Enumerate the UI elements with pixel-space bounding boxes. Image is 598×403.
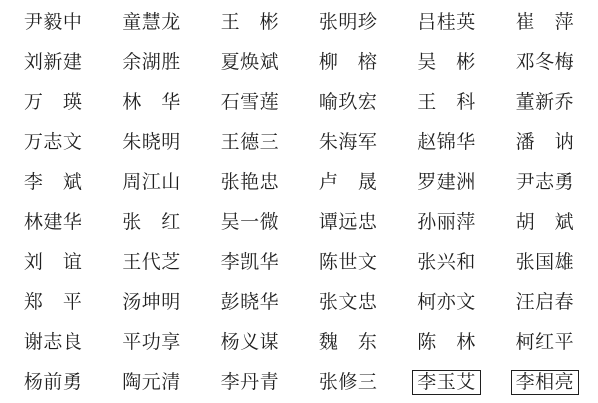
name-cell: 周江山 <box>102 171 200 194</box>
name-cell: 尹毅中 <box>4 11 102 34</box>
name-text: 林建华 <box>22 211 85 234</box>
name-cell: 王 科 <box>397 91 495 114</box>
name-text: 刘新建 <box>22 51 85 74</box>
name-text: 刘 谊 <box>22 251 85 274</box>
name-text: 吴一微 <box>219 211 282 234</box>
name-cell: 夏焕斌 <box>201 51 299 74</box>
name-cell: 尹志勇 <box>496 171 594 194</box>
name-text: 万志文 <box>22 131 85 154</box>
name-text: 吕桂英 <box>415 11 478 34</box>
name-cell: 杨前勇 <box>4 371 102 394</box>
name-cell: 林建华 <box>4 211 102 234</box>
name-text: 王 彬 <box>219 11 282 34</box>
name-text: 赵锦华 <box>415 131 478 154</box>
name-text: 朱海军 <box>317 131 380 154</box>
name-text: 郑 平 <box>22 291 85 314</box>
name-text: 杨义谋 <box>219 331 282 354</box>
name-cell: 邓冬梅 <box>496 51 594 74</box>
name-cell: 谭远忠 <box>299 211 397 234</box>
name-text: 吴 彬 <box>415 51 478 74</box>
name-text: 平功享 <box>120 331 183 354</box>
name-text: 李 斌 <box>22 171 85 194</box>
name-text: 董新乔 <box>514 91 577 114</box>
name-grid: 尹毅中童慧龙王 彬张明珍吕桂英崔 萍刘新建余湖胜夏焕斌柳 榕吴 彬邓冬梅万 瑛林… <box>0 0 598 403</box>
name-text: 张国雄 <box>514 251 577 274</box>
name-cell: 陶元清 <box>102 371 200 394</box>
name-text: 柯亦文 <box>415 291 478 314</box>
name-cell: 谢志良 <box>4 331 102 354</box>
name-cell: 朱海军 <box>299 131 397 154</box>
name-roster-page: 尹毅中童慧龙王 彬张明珍吕桂英崔 萍刘新建余湖胜夏焕斌柳 榕吴 彬邓冬梅万 瑛林… <box>0 0 598 403</box>
name-text: 卢 晟 <box>317 171 380 194</box>
name-text: 张明珍 <box>317 11 380 34</box>
name-cell: 张国雄 <box>496 251 594 274</box>
name-text: 潘 讷 <box>514 131 577 154</box>
name-cell: 卢 晟 <box>299 171 397 194</box>
name-text: 邓冬梅 <box>514 51 577 74</box>
name-text: 石雪莲 <box>219 91 282 114</box>
name-text: 张文忠 <box>317 291 380 314</box>
name-cell: 柳 榕 <box>299 51 397 74</box>
name-text: 崔 萍 <box>514 11 577 34</box>
name-cell: 朱晓明 <box>102 131 200 154</box>
name-text: 柯红平 <box>514 331 577 354</box>
name-cell: 陈世文 <box>299 251 397 274</box>
name-text: 胡 斌 <box>514 211 577 234</box>
name-text: 余湖胜 <box>120 51 183 74</box>
name-cell: 柯红平 <box>496 331 594 354</box>
name-cell: 刘新建 <box>4 51 102 74</box>
name-cell: 彭晓华 <box>201 291 299 314</box>
name-cell: 吴一微 <box>201 211 299 234</box>
name-cell: 胡 斌 <box>496 211 594 234</box>
name-cell: 王代芝 <box>102 251 200 274</box>
name-cell: 汤坤明 <box>102 291 200 314</box>
name-text: 尹毅中 <box>22 11 85 34</box>
name-cell: 李相亮 <box>496 370 594 395</box>
boxed-name-text: 李玉艾 <box>412 370 481 395</box>
name-text: 柳 榕 <box>317 51 380 74</box>
name-cell: 李丹青 <box>201 371 299 394</box>
name-cell: 喻玖宏 <box>299 91 397 114</box>
name-text: 周江山 <box>120 171 183 194</box>
name-text: 林 华 <box>120 91 183 114</box>
name-cell: 张文忠 <box>299 291 397 314</box>
name-cell: 李玉艾 <box>397 370 495 395</box>
name-cell: 林 华 <box>102 91 200 114</box>
name-text: 汤坤明 <box>120 291 183 314</box>
name-text: 张修三 <box>317 371 380 394</box>
name-cell: 平功享 <box>102 331 200 354</box>
name-text: 陶元清 <box>120 371 183 394</box>
name-text: 陈世文 <box>317 251 380 274</box>
name-cell: 刘 谊 <box>4 251 102 274</box>
name-text: 罗建洲 <box>415 171 478 194</box>
name-cell: 余湖胜 <box>102 51 200 74</box>
name-cell: 孙丽萍 <box>397 211 495 234</box>
name-cell: 童慧龙 <box>102 11 200 34</box>
name-cell: 张 红 <box>102 211 200 234</box>
name-cell: 陈 林 <box>397 331 495 354</box>
name-text: 陈 林 <box>415 331 478 354</box>
name-text: 李凯华 <box>219 251 282 274</box>
name-text: 王 科 <box>415 91 478 114</box>
name-cell: 郑 平 <box>4 291 102 314</box>
name-cell: 石雪莲 <box>201 91 299 114</box>
name-cell: 万 瑛 <box>4 91 102 114</box>
name-text: 王德三 <box>219 131 282 154</box>
name-cell: 崔 萍 <box>496 11 594 34</box>
name-cell: 张明珍 <box>299 11 397 34</box>
name-text: 张兴和 <box>415 251 478 274</box>
name-cell: 万志文 <box>4 131 102 154</box>
name-text: 喻玖宏 <box>317 91 380 114</box>
name-cell: 李凯华 <box>201 251 299 274</box>
name-cell: 杨义谋 <box>201 331 299 354</box>
name-cell: 魏 东 <box>299 331 397 354</box>
name-cell: 张兴和 <box>397 251 495 274</box>
name-cell: 潘 讷 <box>496 131 594 154</box>
name-cell: 吴 彬 <box>397 51 495 74</box>
name-cell: 王德三 <box>201 131 299 154</box>
name-cell: 张艳忠 <box>201 171 299 194</box>
name-text: 彭晓华 <box>219 291 282 314</box>
name-text: 魏 东 <box>317 331 380 354</box>
name-text: 孙丽萍 <box>415 211 478 234</box>
name-cell: 吕桂英 <box>397 11 495 34</box>
name-text: 张艳忠 <box>219 171 282 194</box>
name-text: 杨前勇 <box>22 371 85 394</box>
name-cell: 汪启春 <box>496 291 594 314</box>
name-cell: 赵锦华 <box>397 131 495 154</box>
name-text: 李丹青 <box>219 371 282 394</box>
name-text: 汪启春 <box>514 291 577 314</box>
name-cell: 柯亦文 <box>397 291 495 314</box>
name-text: 尹志勇 <box>514 171 577 194</box>
name-cell: 董新乔 <box>496 91 594 114</box>
name-cell: 张修三 <box>299 371 397 394</box>
name-cell: 王 彬 <box>201 11 299 34</box>
name-text: 夏焕斌 <box>219 51 282 74</box>
name-cell: 李 斌 <box>4 171 102 194</box>
name-text: 万 瑛 <box>22 91 85 114</box>
name-text: 张 红 <box>120 211 183 234</box>
boxed-name-text: 李相亮 <box>511 370 580 395</box>
name-text: 谢志良 <box>22 331 85 354</box>
name-text: 朱晓明 <box>120 131 183 154</box>
name-text: 谭远忠 <box>317 211 380 234</box>
name-text: 童慧龙 <box>120 11 183 34</box>
name-text: 王代芝 <box>120 251 183 274</box>
name-cell: 罗建洲 <box>397 171 495 194</box>
